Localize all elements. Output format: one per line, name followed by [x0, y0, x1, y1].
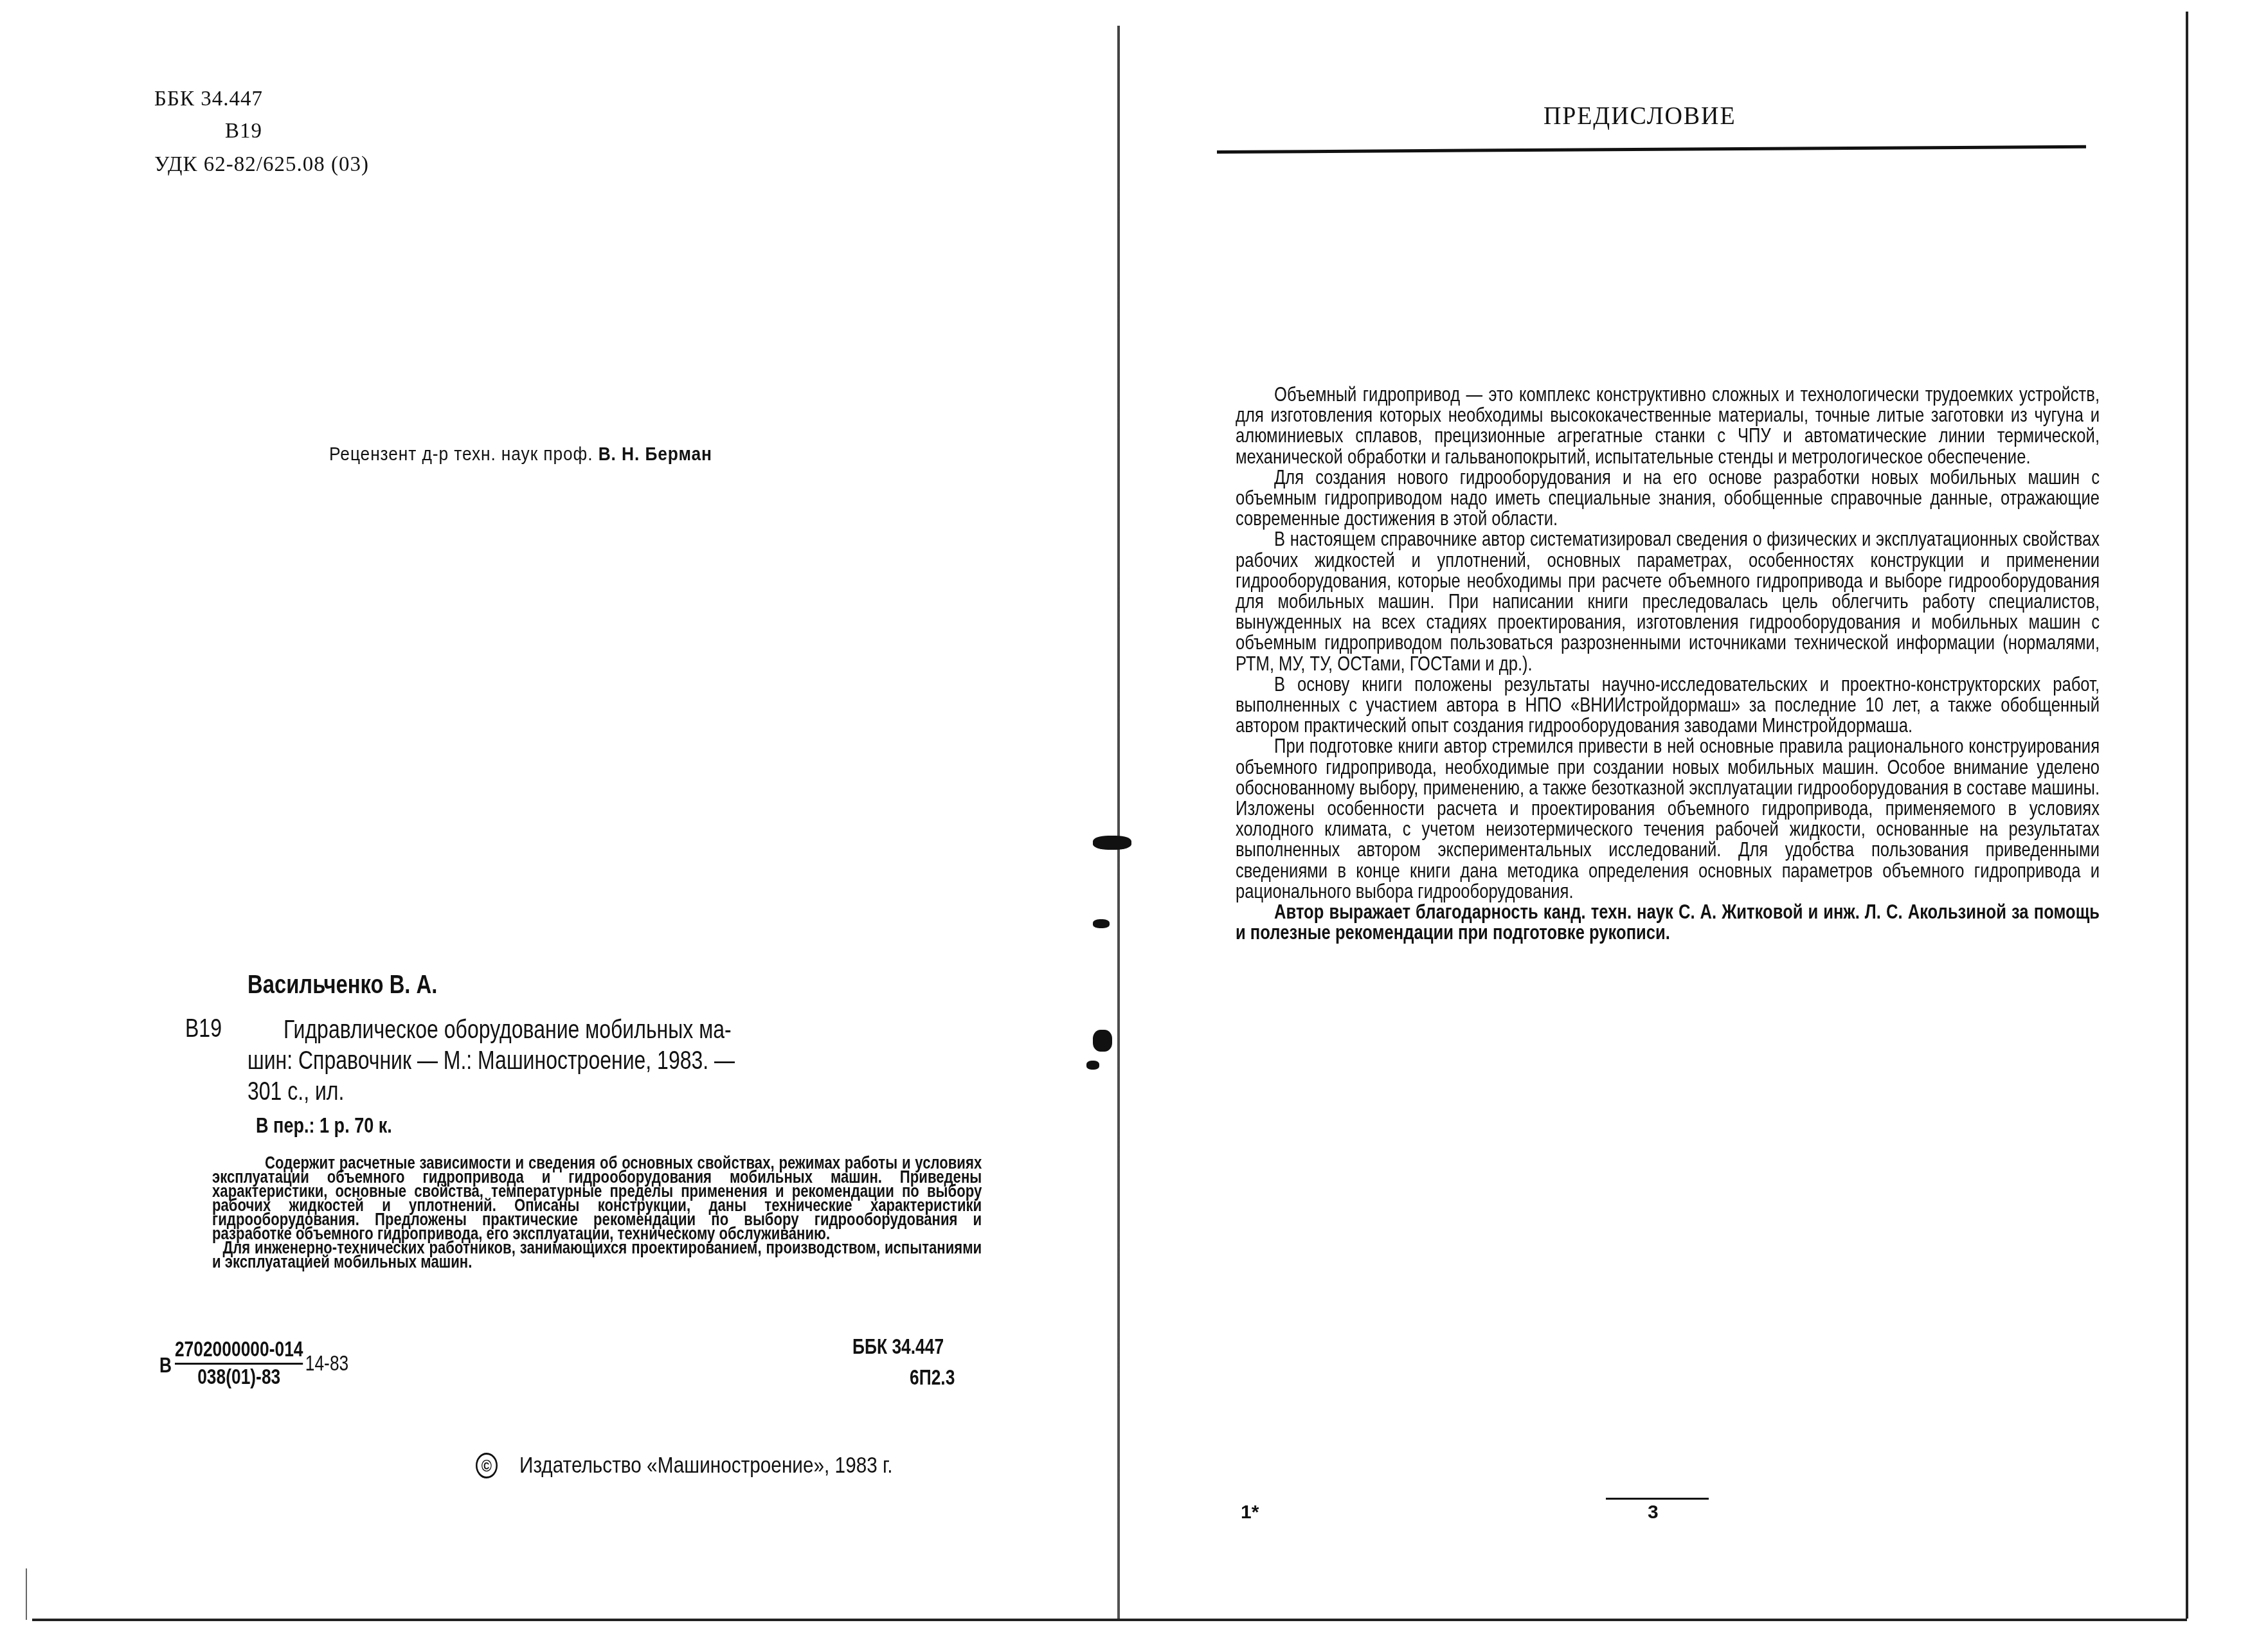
title-line-2: шин: Справочник — М.: Машиностроение, 19… — [248, 1045, 880, 1076]
annotation-paragraph: Для инженерно-технических работников, за… — [212, 1241, 982, 1269]
copyright-line: © Издательство «Машиностроение», 1983 г. — [476, 1453, 893, 1478]
catalog-author: Васильченко В. А. — [248, 971, 437, 1000]
catalog-code: В19 — [185, 1014, 222, 1043]
catalog-title: Гидравлическое оборудование мобильных ма… — [248, 1014, 880, 1107]
page-number-rule — [1606, 1498, 1709, 1500]
preface-paragraph: Объемный гидропривод — это комплекс конс… — [1236, 384, 2100, 467]
preface-body: Объемный гидропривод — это комплекс конс… — [1236, 384, 2100, 942]
bbk-bottom: ББК 34.447 — [852, 1334, 944, 1359]
annotation-paragraph: Содержит расчетные зависимости и сведени… — [212, 1156, 982, 1241]
index-letter: В — [159, 1353, 172, 1378]
bbk-code: ББК 34.447 — [154, 82, 263, 116]
preface-paragraph: В основу книги положены результаты научн… — [1236, 674, 2100, 736]
page-number: 3 — [1648, 1502, 1659, 1523]
acknowledgement-paragraph: Автор выражает благодарность канд. техн.… — [1236, 901, 2100, 942]
bbk-sub: 6П2.3 — [910, 1365, 955, 1390]
reviewer-name: В. Н. Берман — [598, 444, 712, 465]
index-fraction: 2702000000-014 038(01)-83 — [175, 1337, 303, 1389]
page-bottom-edge — [32, 1619, 2187, 1621]
preface-paragraph: В настоящем справочнике автор систематиз… — [1236, 528, 2100, 673]
gutter-stain — [1086, 1061, 1099, 1070]
preface-paragraph: При подготовке книги автор стремился при… — [1236, 735, 2100, 901]
gutter-stain — [1093, 836, 1131, 850]
gutter-stain — [1093, 1030, 1112, 1052]
page-gutter-line — [1117, 26, 1120, 1620]
price: В пер.: 1 р. 70 к. — [256, 1113, 392, 1138]
index-suffix: 14-83 — [305, 1351, 349, 1376]
page-left-edge — [26, 1568, 27, 1620]
title-line-3: 301 с., ил. — [248, 1076, 880, 1107]
page-right-edge — [2186, 12, 2188, 1619]
index-numerator: 2702000000-014 — [175, 1337, 303, 1365]
preface-paragraph: Для создания нового гидрооборудования и … — [1236, 467, 2100, 529]
copyright-text: Издательство «Машиностроение», 1983 г. — [519, 1453, 893, 1478]
title-line-1: Гидравлическое оборудование мобильных ма… — [248, 1014, 880, 1045]
reviewer-line: Рецензент д-р техн. наук проф. В. Н. Бер… — [329, 444, 712, 465]
annotation: Содержит расчетные зависимости и сведени… — [212, 1156, 982, 1269]
index-denominator: 038(01)-83 — [197, 1365, 280, 1389]
index-code: В 2702000000-014 038(01)-83 14-83 — [159, 1337, 348, 1389]
reviewer-prefix: Рецензент д-р техн. наук проф. — [329, 444, 593, 465]
copyright-icon: © — [476, 1453, 498, 1478]
udk-code: УДК 62-82/625.08 (03) — [154, 148, 369, 181]
gutter-stain — [1093, 919, 1110, 928]
title-rule — [1217, 145, 2086, 154]
section-title: ПРЕДИСЛОВИЕ — [1544, 100, 1736, 130]
author-mark: В19 — [225, 114, 262, 148]
signature-mark: 1* — [1241, 1502, 1259, 1523]
